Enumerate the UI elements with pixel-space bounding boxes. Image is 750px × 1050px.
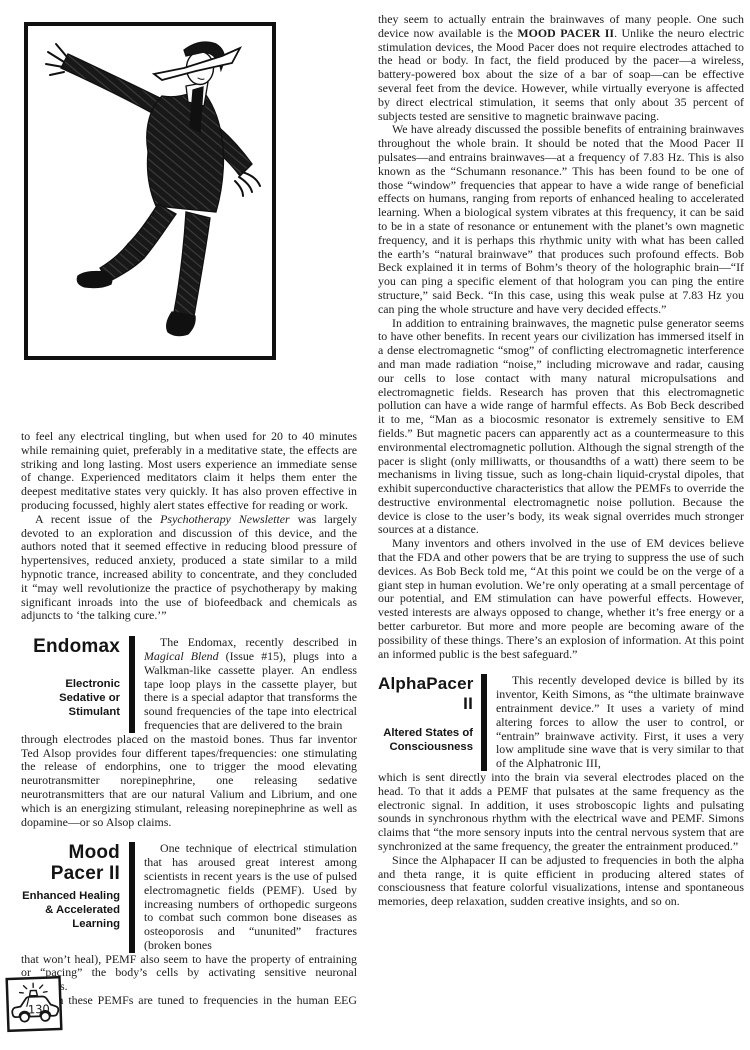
paragraph: that won’t heal), PEMF also seem to have… bbox=[21, 953, 357, 994]
paragraph: We have already discussed the possible b… bbox=[378, 123, 744, 316]
italic-title: Magical Blend bbox=[144, 649, 219, 663]
title-line: Pacer II bbox=[21, 863, 120, 884]
text-run: . Unlike the neuro electric stimulation … bbox=[378, 26, 744, 123]
section-label: Endomax Electronic Sedative or Stimulant bbox=[21, 636, 129, 733]
subtitle-line: Learning bbox=[21, 917, 120, 931]
title-line: II bbox=[378, 694, 473, 714]
section-title: AlphaPacer II bbox=[378, 674, 473, 714]
section-endomax: Endomax Electronic Sedative or Stimulant… bbox=[21, 636, 357, 733]
section-label: AlphaPacer II Altered States of Consciou… bbox=[378, 674, 481, 771]
paragraph: they seem to actually entrain the brainw… bbox=[378, 13, 744, 123]
section-subtitle: Enhanced Healing & Accelerated Learning bbox=[21, 889, 120, 931]
page-number-text: 130 bbox=[28, 1002, 50, 1017]
page-number-stamp: 130 bbox=[5, 975, 63, 1033]
subtitle-line: Stimulant bbox=[21, 705, 120, 719]
paragraph: When these PEMFs are tuned to frequencie… bbox=[21, 994, 357, 1022]
paragraph: to feel any electrical tingling, but whe… bbox=[21, 430, 357, 513]
section-title: Mood Pacer II bbox=[21, 842, 120, 884]
section-intro-paragraph: One technique of electrical stimulation … bbox=[135, 842, 357, 952]
subtitle-line: Consciousness bbox=[378, 740, 473, 754]
section-title: Endomax bbox=[21, 636, 120, 657]
scanned-book-page: to feel any electrical tingling, but whe… bbox=[0, 0, 750, 1050]
paragraph: In addition to entraining brainwaves, th… bbox=[378, 317, 744, 538]
device-name-bold: MOOD PACER II bbox=[517, 26, 614, 40]
section-intro-paragraph: The Endomax, recently described in Magic… bbox=[135, 636, 357, 733]
section-mood-pacer-ii: Mood Pacer II Enhanced Healing & Acceler… bbox=[21, 842, 357, 952]
paragraph: which is sent directly into the brain vi… bbox=[378, 771, 744, 854]
subtitle-line: Sedative or bbox=[21, 691, 120, 705]
title-line: Mood bbox=[21, 842, 120, 863]
paragraph: A recent issue of the Psychotherapy News… bbox=[21, 513, 357, 623]
subtitle-line: & Accelerated bbox=[21, 903, 120, 917]
police-car-icon: 130 bbox=[5, 975, 63, 1033]
subtitle-line: Altered States of bbox=[378, 726, 473, 740]
title-line: AlphaPacer bbox=[378, 674, 473, 694]
text-run: was largely devoted to an exploration an… bbox=[21, 512, 357, 623]
paragraph: through electrodes placed on the mastoid… bbox=[21, 733, 357, 830]
text-run: The Endomax, recently described in bbox=[160, 635, 357, 649]
left-column: to feel any electrical tingling, but whe… bbox=[21, 10, 357, 1022]
title-line: Endomax bbox=[21, 636, 120, 657]
subtitle-line: Electronic bbox=[21, 677, 120, 691]
subtitle-line: Enhanced Healing bbox=[21, 889, 120, 903]
illustration-frame bbox=[24, 22, 276, 360]
section-label: Mood Pacer II Enhanced Healing & Acceler… bbox=[21, 842, 129, 952]
right-column: they seem to actually entrain the brainw… bbox=[378, 13, 744, 909]
section-subtitle: Electronic Sedative or Stimulant bbox=[21, 677, 120, 719]
text-run: A recent issue of the bbox=[35, 512, 160, 526]
paragraph: Since the Alphapacer II can be adjusted … bbox=[378, 854, 744, 909]
paragraph: Many inventors and others involved in th… bbox=[378, 537, 744, 661]
section-alphapacer-ii: AlphaPacer II Altered States of Consciou… bbox=[378, 674, 744, 771]
italic-title: Psychotherapy Newsletter bbox=[160, 512, 290, 526]
section-intro-paragraph: This recently developed device is billed… bbox=[487, 674, 744, 771]
section-subtitle: Altered States of Consciousness bbox=[378, 726, 473, 754]
dancing-man-illustration bbox=[28, 26, 272, 356]
